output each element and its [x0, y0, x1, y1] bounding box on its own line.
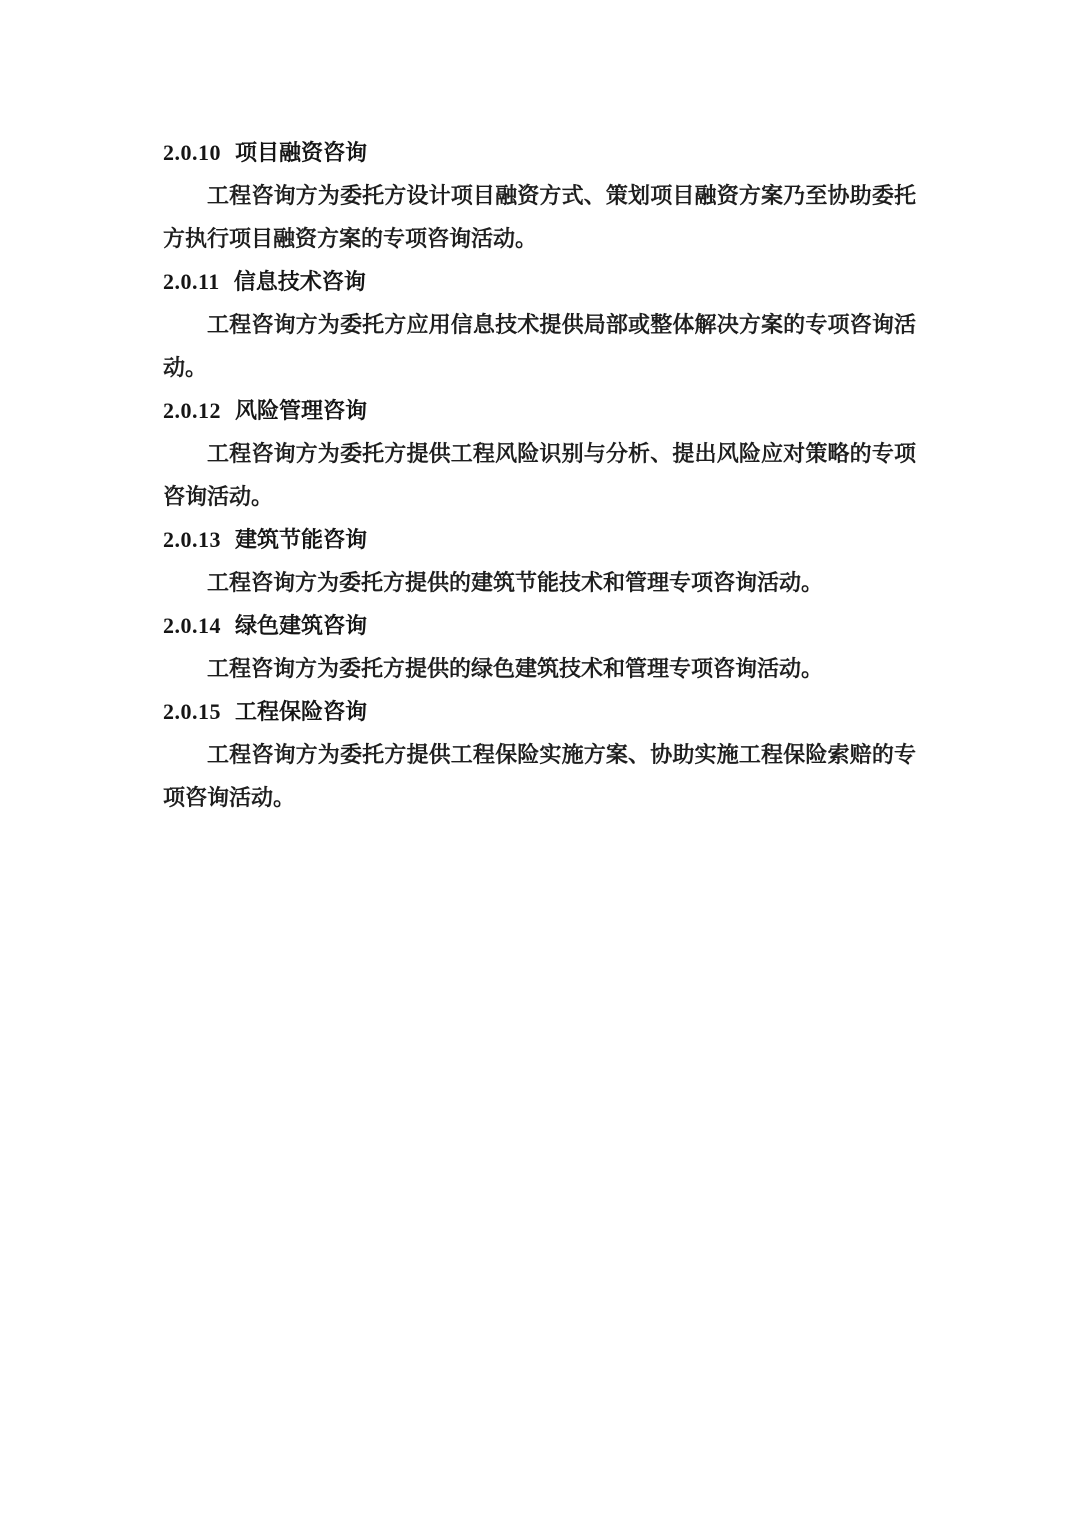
section-heading: 2.0.12风险管理咨询 — [163, 389, 916, 432]
section-heading: 2.0.13建筑节能咨询 — [163, 518, 916, 561]
section-body: 工程咨询方为委托方提供的绿色建筑技术和管理专项咨询活动。 — [163, 647, 916, 690]
section-title: 绿色建筑咨询 — [235, 613, 367, 638]
section-title: 项目融资咨询 — [235, 140, 367, 165]
section-title: 建筑节能咨询 — [235, 527, 367, 552]
section-heading: 2.0.11信息技术咨询 — [163, 260, 916, 303]
section-2-0-12: 2.0.12风险管理咨询 工程咨询方为委托方提供工程风险识别与分析、提出风险应对… — [163, 389, 916, 518]
section-heading: 2.0.15工程保险咨询 — [163, 690, 916, 733]
section-body: 工程咨询方为委托方提供工程风险识别与分析、提出风险应对策略的专项咨询活动。 — [163, 432, 916, 518]
section-title: 信息技术咨询 — [234, 269, 366, 294]
section-number: 2.0.10 — [163, 140, 221, 165]
section-heading: 2.0.14绿色建筑咨询 — [163, 604, 916, 647]
section-2-0-14: 2.0.14绿色建筑咨询 工程咨询方为委托方提供的绿色建筑技术和管理专项咨询活动… — [163, 604, 916, 690]
section-2-0-15: 2.0.15工程保险咨询 工程咨询方为委托方提供工程保险实施方案、协助实施工程保… — [163, 690, 916, 819]
section-body: 工程咨询方为委托方应用信息技术提供局部或整体解决方案的专项咨询活动。 — [163, 303, 916, 389]
section-2-0-11: 2.0.11信息技术咨询 工程咨询方为委托方应用信息技术提供局部或整体解决方案的… — [163, 260, 916, 389]
section-body: 工程咨询方为委托方提供的建筑节能技术和管理专项咨询活动。 — [163, 561, 916, 604]
section-body: 工程咨询方为委托方提供工程保险实施方案、协助实施工程保险索赔的专项咨询活动。 — [163, 733, 916, 819]
section-title: 风险管理咨询 — [235, 398, 367, 423]
section-number: 2.0.14 — [163, 613, 221, 638]
document-page: 2.0.10项目融资咨询 工程咨询方为委托方设计项目融资方式、策划项目融资方案乃… — [0, 0, 1080, 1527]
section-body: 工程咨询方为委托方设计项目融资方式、策划项目融资方案乃至协助委托方执行项目融资方… — [163, 174, 916, 260]
section-number: 2.0.11 — [163, 269, 220, 294]
section-number: 2.0.12 — [163, 398, 221, 423]
section-heading: 2.0.10项目融资咨询 — [163, 131, 916, 174]
section-2-0-13: 2.0.13建筑节能咨询 工程咨询方为委托方提供的建筑节能技术和管理专项咨询活动… — [163, 518, 916, 604]
section-number: 2.0.15 — [163, 699, 221, 724]
section-title: 工程保险咨询 — [235, 699, 367, 724]
section-2-0-10: 2.0.10项目融资咨询 工程咨询方为委托方设计项目融资方式、策划项目融资方案乃… — [163, 131, 916, 260]
section-number: 2.0.13 — [163, 527, 221, 552]
